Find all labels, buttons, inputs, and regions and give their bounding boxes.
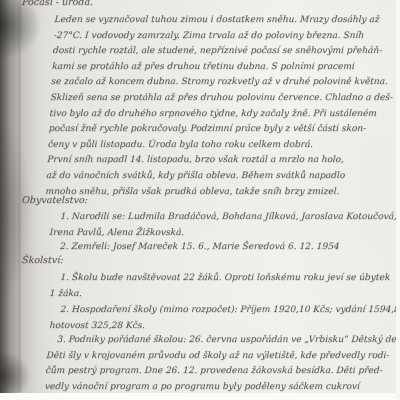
section-heading-population: Obyvatelstvo: — [22, 194, 88, 208]
handwritten-line: Sklizeň sena se protáhla až přes druhou … — [50, 91, 393, 107]
scan-edge-bottom — [0, 393, 400, 400]
scan-edge-right — [396, 0, 400, 400]
section-heading-weather-harvest: Počasí - úroda. — [22, 0, 94, 10]
handwritten-line: čeny v půli listopadu. Úroda byla toho r… — [48, 138, 391, 154]
school-attendance-entry: 1. Školu bude navštěvovat 22 žáků. Oprot… — [49, 271, 390, 302]
handwritten-line: Irena Pavlů, Alena Žižkovská. — [49, 226, 396, 242]
deaths-entry: 2. Zemřeli: Josef Mareček 15. 6., Marie … — [50, 240, 340, 256]
handwritten-line: První sníh napadl 14. listopadu, brzo vš… — [47, 153, 390, 169]
handwritten-line: 2. Hospodaření školy (mimo rozpočet): Př… — [60, 303, 400, 319]
school-finance-entry: 2. Hospodaření školy (mimo rozpočet): Př… — [49, 303, 400, 334]
handwritten-line: 2. Zemřeli: Josef Mareček 15. 6., Marie … — [60, 240, 340, 256]
section-heading-schooling: Školství: — [22, 254, 64, 268]
handwritten-line: hotovost 325,28 Kčs. — [49, 319, 400, 335]
births-entry: 1. Narodili se: Ludmila Bradáčová, Bohda… — [49, 210, 397, 241]
handwritten-line: kami se protáhlo až přes druhou třetinu … — [52, 60, 395, 76]
handwritten-line: se začalo až koncem dubna. Stromy rozkve… — [51, 75, 394, 91]
handwritten-line: -27°C. I vodovody zamrzaly. Zima trvala … — [53, 29, 396, 45]
handwritten-line: mnoho sněhu, přišla však prudká obleva, … — [45, 185, 388, 201]
handwritten-line: 1. Školu bude navštěvovat 22 žáků. Oprot… — [60, 271, 391, 287]
handwritten-line: počasí žně rychle pokračovaly. Podzimní … — [48, 122, 391, 138]
handwritten-line: dosti rychle roztál, ale studené, nepříz… — [52, 44, 395, 60]
handwritten-line: 1. Narodili se: Ludmila Bradáčová, Bohda… — [60, 210, 397, 226]
handwritten-line: Děti šly v krojovaném průvodu od školy a… — [46, 349, 400, 365]
handwritten-line: čům pestrý program. Dne 26. 12. proveden… — [45, 364, 400, 380]
handwritten-line: tivo bylo až do druhého srpnového týdne,… — [49, 107, 392, 123]
weather-paragraph: Leden se vyznačoval tuhou zimou i dostat… — [45, 13, 397, 200]
school-events-entry: 3. Podniky pořádané školou: 26. června u… — [44, 333, 400, 395]
handwritten-line: 3. Podniky pořádané školou: 26. června u… — [57, 333, 400, 349]
handwritten-line: až do vánočních svátků, kdy přišla oblev… — [46, 169, 389, 185]
handwritten-line: 1 žáka. — [49, 287, 390, 303]
handwritten-line: Leden se vyznačoval tuhou zimou i dostat… — [54, 13, 397, 29]
